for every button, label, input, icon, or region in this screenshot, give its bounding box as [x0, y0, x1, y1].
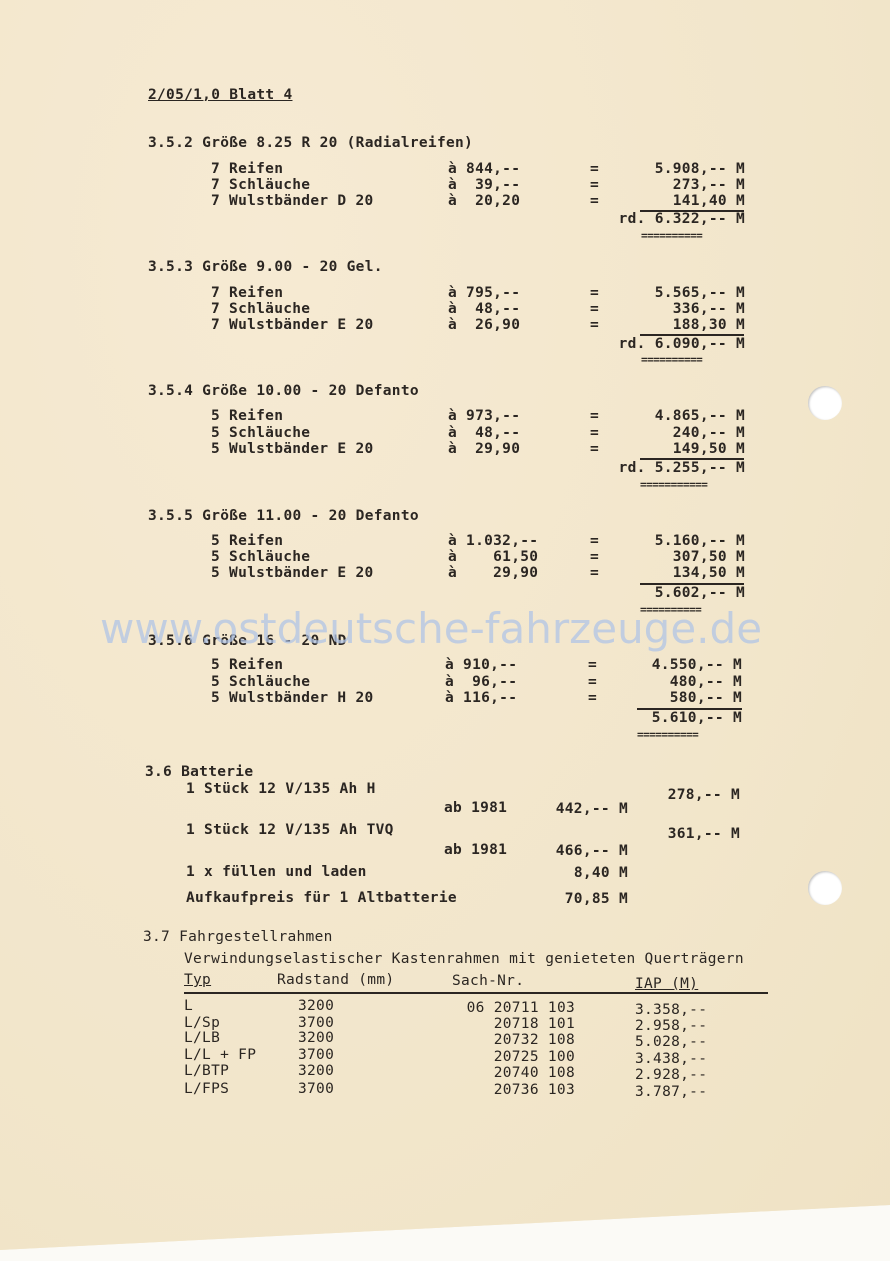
watermark: www.ostdeutsche-fahrzeuge.de	[100, 604, 762, 653]
item-total: 5.565,-- M	[600, 285, 745, 301]
item-unit-price: à 96,--	[445, 674, 517, 690]
document-reference: 2/05/1,0 Blatt 4	[148, 87, 292, 103]
item-label: 5 Reifen	[211, 657, 283, 673]
double-underline: ==========	[641, 231, 702, 241]
cell-sach-nr: 20718 101	[420, 1016, 575, 1032]
item-total: 273,-- M	[600, 177, 745, 193]
section-title-355: 3.5.5 Größe 11.00 - 20 Defanto	[148, 508, 419, 524]
column-header-sach-nr: Sach-Nr.	[452, 973, 524, 989]
equals-sign: =	[590, 193, 599, 209]
item-total: 480,-- M	[595, 674, 742, 690]
equals-sign: =	[590, 533, 599, 549]
item-unit-price: à 26,90	[448, 317, 520, 333]
battery-buyback-price: 70,85 M	[520, 891, 628, 907]
column-header-typ: Typ	[184, 972, 211, 988]
cell-sach-nr: 20725 100	[420, 1049, 575, 1065]
section-title-36: 3.6 Batterie	[145, 764, 253, 780]
item-total: 134,50 M	[600, 565, 745, 581]
cell-radstand: 3700	[298, 1081, 334, 1097]
section-sum: 5.610,-- M	[560, 710, 742, 726]
cell-iap: 5.028,--	[635, 1034, 707, 1050]
cell-radstand: 3200	[298, 998, 334, 1014]
item-label: 5 Schläuche	[211, 425, 310, 441]
battery-from-year: ab 1981	[444, 842, 507, 858]
item-total: 336,-- M	[600, 301, 745, 317]
item-unit-price: à 29,90	[448, 441, 520, 457]
double-underline: ==========	[637, 730, 698, 740]
equals-sign: =	[590, 441, 599, 457]
item-unit-price: à 39,--	[448, 177, 520, 193]
cell-iap: 3.438,--	[635, 1051, 707, 1067]
battery-from-price: 442,-- M	[520, 801, 628, 817]
equals-sign: =	[590, 177, 599, 193]
item-total: 141,40 M	[600, 193, 745, 209]
item-label: 5 Wulstbänder E 20	[211, 565, 374, 581]
column-header-radstand: Radstand (mm)	[277, 972, 394, 988]
cell-sach-nr: 20740 108	[420, 1065, 575, 1081]
cell-sach-nr: 20732 108	[420, 1032, 575, 1048]
cell-iap: 3.358,--	[635, 1002, 707, 1018]
item-label: 5 Wulstbänder H 20	[211, 690, 374, 706]
double-underline: ==========	[641, 355, 702, 365]
equals-sign: =	[590, 285, 599, 301]
equals-sign: =	[590, 425, 599, 441]
section-sum: rd. 6.322,-- M	[560, 211, 745, 227]
item-label: 5 Schläuche	[211, 674, 310, 690]
item-unit-price: à 48,--	[448, 425, 520, 441]
cell-iap: 2.928,--	[635, 1067, 707, 1083]
item-unit-price: à 795,--	[448, 285, 520, 301]
section-title-352: 3.5.2 Größe 8.25 R 20 (Radialreifen)	[148, 135, 473, 151]
double-underline: ===========	[640, 480, 707, 490]
cell-sach-nr: 20736 103	[420, 1082, 575, 1098]
item-label: 7 Wulstbänder E 20	[211, 317, 374, 333]
cell-iap: 2.958,--	[635, 1018, 707, 1034]
item-label: 5 Reifen	[211, 408, 283, 424]
item-unit-price: à 20,20	[448, 193, 520, 209]
item-label: 7 Reifen	[211, 161, 283, 177]
item-total: 4.865,-- M	[600, 408, 745, 424]
battery-fill-price: 8,40 M	[520, 865, 628, 881]
cell-typ: L	[184, 998, 193, 1014]
item-total: 580,-- M	[595, 690, 742, 706]
item-total: 188,30 M	[600, 317, 745, 333]
frame-subtitle: Verwindungselastischer Kastenrahmen mit …	[184, 951, 744, 967]
cell-radstand: 3700	[298, 1015, 334, 1031]
item-unit-price: à 1.032,--	[448, 533, 538, 549]
cell-typ: L/BTP	[184, 1063, 229, 1079]
item-total: 5.160,-- M	[600, 533, 745, 549]
document-page: 2/05/1,0 Blatt 4 3.5.2 Größe 8.25 R 20 (…	[0, 0, 890, 1261]
item-total: 149,50 M	[600, 441, 745, 457]
item-total: 240,-- M	[600, 425, 745, 441]
punch-hole	[808, 871, 842, 905]
battery-item-label: 1 Stück 12 V/135 Ah TVQ	[186, 822, 394, 838]
item-unit-price: à 29,90	[448, 565, 538, 581]
item-label: 5 Wulstbänder E 20	[211, 441, 374, 457]
cell-typ: L/L + FP	[184, 1047, 256, 1063]
section-title-354: 3.5.4 Größe 10.00 - 20 Defanto	[148, 383, 419, 399]
item-total: 4.550,-- M	[595, 657, 742, 673]
item-label: 5 Reifen	[211, 533, 283, 549]
item-unit-price: à 116,--	[445, 690, 517, 706]
section-sum: rd. 6.090,-- M	[560, 336, 745, 352]
cell-typ: L/FPS	[184, 1081, 229, 1097]
item-unit-price: à 61,50	[448, 549, 538, 565]
item-label: 7 Schläuche	[211, 177, 310, 193]
equals-sign: =	[590, 317, 599, 333]
cell-iap: 3.787,--	[635, 1084, 707, 1100]
section-sum: rd. 5.255,-- M	[560, 460, 745, 476]
column-header-iap: IAP (M)	[635, 976, 698, 992]
battery-item-price: 278,-- M	[620, 787, 740, 803]
item-unit-price: à 910,--	[445, 657, 517, 673]
cell-radstand: 3200	[298, 1063, 334, 1079]
item-label: 5 Schläuche	[211, 549, 310, 565]
section-title-37: 3.7 Fahrgestellrahmen	[143, 929, 333, 945]
item-label: 7 Schläuche	[211, 301, 310, 317]
header-rule	[184, 992, 768, 994]
section-sum: 5.602,-- M	[560, 585, 745, 601]
item-unit-price: à 48,--	[448, 301, 520, 317]
battery-fill-label: 1 x füllen und laden	[186, 864, 367, 880]
battery-from-price: 466,-- M	[520, 843, 628, 859]
equals-sign: =	[590, 408, 599, 424]
battery-from-year: ab 1981	[444, 800, 507, 816]
punch-hole	[808, 386, 842, 420]
equals-sign: =	[590, 301, 599, 317]
battery-item-label: 1 Stück 12 V/135 Ah H	[186, 781, 376, 797]
battery-item-price: 361,-- M	[620, 826, 740, 842]
section-title-353: 3.5.3 Größe 9.00 - 20 Gel.	[148, 259, 383, 275]
item-unit-price: à 844,--	[448, 161, 520, 177]
item-total: 307,50 M	[600, 549, 745, 565]
cell-sach-nr: 06 20711 103	[420, 1000, 575, 1016]
equals-sign: =	[590, 161, 599, 177]
cell-typ: L/LB	[184, 1030, 220, 1046]
item-label: 7 Wulstbänder D 20	[211, 193, 374, 209]
cell-typ: L/Sp	[184, 1015, 220, 1031]
item-label: 7 Reifen	[211, 285, 283, 301]
battery-buyback-label: Aufkaufpreis für 1 Altbatterie	[186, 890, 457, 906]
equals-sign: =	[590, 549, 599, 565]
item-unit-price: à 973,--	[448, 408, 520, 424]
equals-sign: =	[590, 565, 599, 581]
cell-radstand: 3700	[298, 1047, 334, 1063]
cell-radstand: 3200	[298, 1030, 334, 1046]
item-total: 5.908,-- M	[600, 161, 745, 177]
